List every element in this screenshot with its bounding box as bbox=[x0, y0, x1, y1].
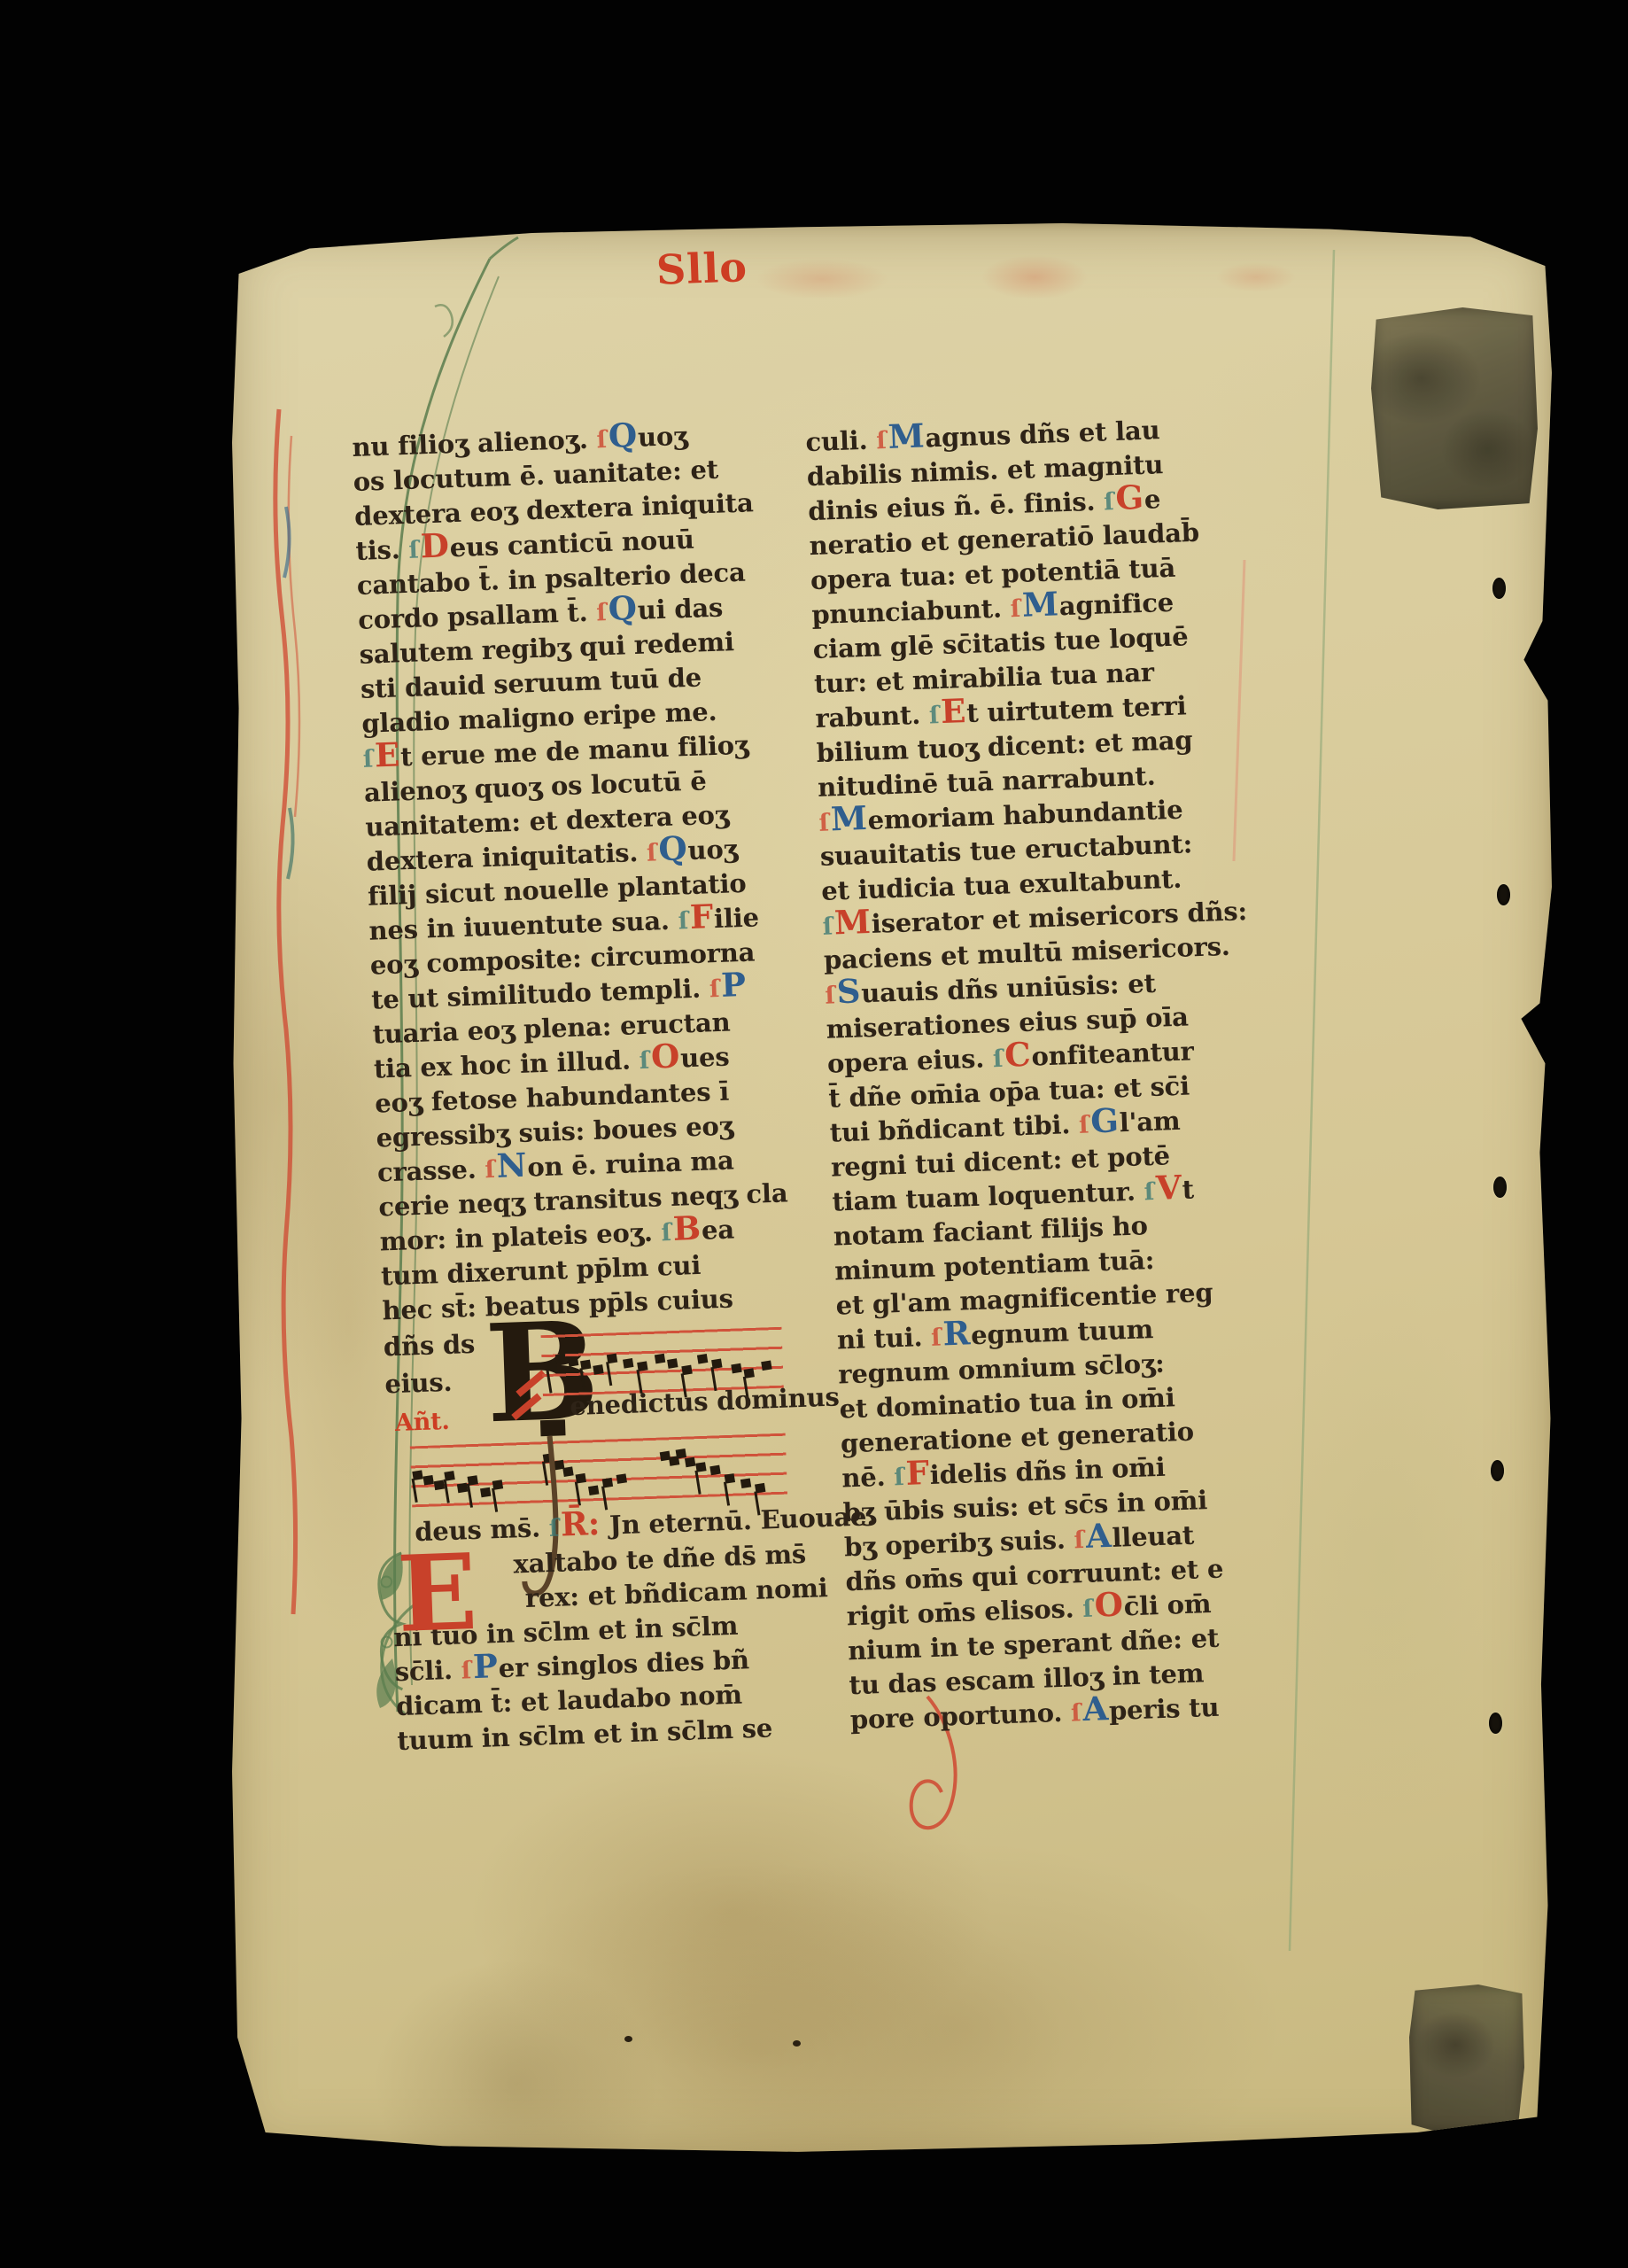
illuminated-initial: M bbox=[887, 416, 926, 455]
chant-neume bbox=[755, 1483, 765, 1494]
paraph-flourish: ſ bbox=[647, 839, 657, 866]
illuminated-initial: R̄: bbox=[559, 1503, 601, 1544]
paraph-flourish: ſ bbox=[822, 913, 833, 940]
illuminated-initial: M bbox=[833, 902, 872, 942]
chant-neume bbox=[743, 1368, 754, 1379]
paraph-flourish: ſ bbox=[362, 745, 373, 773]
illuminated-initial: Q bbox=[607, 416, 639, 455]
illuminated-initial: B bbox=[671, 1208, 702, 1248]
paraph-flourish: ſ bbox=[928, 702, 939, 729]
stain bbox=[375, 1960, 658, 2208]
paraph-flourish: ſ bbox=[931, 1324, 942, 1351]
tape-patch-bottom bbox=[1409, 1984, 1524, 2135]
antiphon-label: Añt. bbox=[394, 1404, 450, 1441]
chant-neume bbox=[423, 1475, 433, 1486]
paraph-flourish: ſ bbox=[485, 1156, 495, 1184]
psalm-initial-block: E xaltabo te dñe ds̄ ms̄rex: et bñdicam … bbox=[391, 1537, 804, 1620]
ink-offset-ghost bbox=[756, 259, 888, 299]
chant-neume bbox=[593, 1364, 603, 1375]
ink-speck bbox=[793, 2040, 801, 2047]
chant-neume bbox=[468, 1475, 478, 1486]
ink-speck bbox=[624, 2036, 632, 2042]
binding-hole bbox=[1497, 884, 1510, 905]
paraph-flourish: ſ bbox=[596, 426, 607, 454]
binding-hole bbox=[1493, 1177, 1507, 1198]
illuminated-initial: G bbox=[1089, 1100, 1120, 1140]
chant-text: dñs ds bbox=[383, 1327, 476, 1365]
chant-neume bbox=[568, 1356, 578, 1367]
chant-neume bbox=[761, 1361, 771, 1371]
illuminated-initial: P bbox=[719, 965, 747, 1005]
illuminated-initial: F bbox=[688, 897, 715, 936]
illuminated-initial: Q bbox=[607, 588, 639, 628]
illuminated-initial: A bbox=[1084, 1516, 1112, 1556]
illuminated-initial-e: E bbox=[396, 1540, 479, 1647]
chant-neume bbox=[444, 1471, 454, 1481]
illuminated-initial: O bbox=[649, 1037, 681, 1076]
illuminated-initial: M bbox=[829, 798, 868, 838]
chant-neume bbox=[480, 1487, 491, 1498]
chant-neume bbox=[588, 1485, 599, 1495]
illuminated-initial: O bbox=[1093, 1584, 1125, 1624]
chant-neume bbox=[637, 1361, 647, 1371]
paraph-flourish: ſ bbox=[1143, 1178, 1154, 1206]
manuscript-leaf: Sllo nu filioʒ alienoʒ. ſQuoʒos locutum … bbox=[224, 223, 1557, 2163]
illuminated-initial: R bbox=[942, 1313, 972, 1353]
chant-neume bbox=[725, 1473, 735, 1484]
photo-stage: Sllo nu filioʒ alienoʒ. ſQuoʒos locutum … bbox=[0, 0, 1628, 2268]
left-column: nu filioʒ alienoʒ. ſQuoʒos locutum ē. ua… bbox=[352, 416, 810, 1759]
paraph-flourish: ſ bbox=[461, 1657, 471, 1684]
chant-neume bbox=[555, 1354, 566, 1364]
paraph-flourish: ſ bbox=[548, 1515, 559, 1542]
chant-neume bbox=[580, 1360, 591, 1371]
paraph-flourish: ſ bbox=[408, 536, 419, 563]
illuminated-initial: N bbox=[495, 1146, 528, 1185]
paraph-flourish: ſ bbox=[678, 907, 688, 935]
chant-neume bbox=[685, 1457, 695, 1468]
paraph-flourish: ſ bbox=[596, 599, 607, 626]
chant-neume bbox=[709, 1465, 720, 1476]
paraph-flourish: ſ bbox=[1104, 488, 1114, 516]
illuminated-initial: E bbox=[373, 734, 401, 774]
right-column: culi. ſMagnus dñs et laudabilis nimis. e… bbox=[805, 410, 1280, 1737]
illuminated-initial: V bbox=[1154, 1168, 1182, 1208]
chant-neume bbox=[681, 1365, 692, 1376]
paraph-flourish: ſ bbox=[1071, 1699, 1081, 1727]
chant-neume bbox=[623, 1358, 633, 1369]
illuminated-initial: G bbox=[1114, 478, 1145, 517]
chant-neume bbox=[616, 1473, 627, 1484]
paraph-flourish: ſ bbox=[876, 427, 887, 454]
chant-neume bbox=[697, 1354, 708, 1364]
chant-neume bbox=[412, 1470, 423, 1480]
chant-neume bbox=[602, 1478, 613, 1488]
tape-patch-top bbox=[1371, 307, 1538, 509]
chant-neume bbox=[492, 1480, 503, 1490]
running-title: Sllo bbox=[655, 243, 748, 294]
chant-neume bbox=[711, 1358, 722, 1369]
paraph-flourish: ſ bbox=[894, 1464, 904, 1491]
ink-offset-ghost bbox=[1216, 262, 1296, 292]
ink-offset-ghost bbox=[981, 255, 1088, 299]
chant-neume bbox=[676, 1449, 686, 1459]
binding-hole bbox=[1491, 1460, 1504, 1481]
binding-hole bbox=[1489, 1713, 1502, 1734]
binding-hole bbox=[1492, 578, 1506, 599]
paraph-flourish: ſ bbox=[992, 1045, 1003, 1073]
paraph-flourish: ſ bbox=[1010, 595, 1020, 623]
illuminated-initial: S bbox=[835, 971, 862, 1011]
illuminated-initial: M bbox=[1020, 584, 1059, 624]
illuminated-initial: A bbox=[1081, 1689, 1110, 1728]
paraph-flourish: ſ bbox=[818, 810, 829, 837]
paraph-flourish: ſ bbox=[1079, 1111, 1089, 1138]
paraph-flourish: ſ bbox=[639, 1047, 649, 1075]
paraph-flourish: ſ bbox=[1074, 1526, 1084, 1554]
paraph-flourish: ſ bbox=[709, 975, 719, 1003]
paraph-flourish: ſ bbox=[1082, 1596, 1093, 1623]
illuminated-initial: F bbox=[904, 1453, 931, 1493]
chant-neume bbox=[667, 1358, 678, 1369]
chant-neume bbox=[655, 1354, 665, 1364]
illuminated-initial: Q bbox=[657, 828, 689, 868]
illuminated-initial: E bbox=[939, 691, 967, 731]
chant-neume bbox=[695, 1462, 706, 1472]
chant-neume bbox=[731, 1363, 741, 1374]
paraph-flourish: ſ bbox=[661, 1219, 671, 1247]
paraph-flourish: ſ bbox=[825, 982, 835, 1009]
chant-text: eius. bbox=[384, 1365, 453, 1402]
text-block: nu filioʒ alienoʒ. ſQuoʒos locutum ē. ua… bbox=[352, 400, 1294, 1812]
illuminated-initial: C bbox=[1003, 1035, 1032, 1075]
stain bbox=[1269, 1286, 1500, 1836]
illuminated-initial: D bbox=[419, 525, 450, 565]
music-staff bbox=[410, 1433, 787, 1508]
chant-neume bbox=[607, 1354, 617, 1364]
chant-neume bbox=[740, 1478, 751, 1488]
chant-notation-block: dñs ds eius. Añt. B enedictus dominus de… bbox=[383, 1314, 802, 1551]
stain bbox=[446, 1862, 1066, 2234]
